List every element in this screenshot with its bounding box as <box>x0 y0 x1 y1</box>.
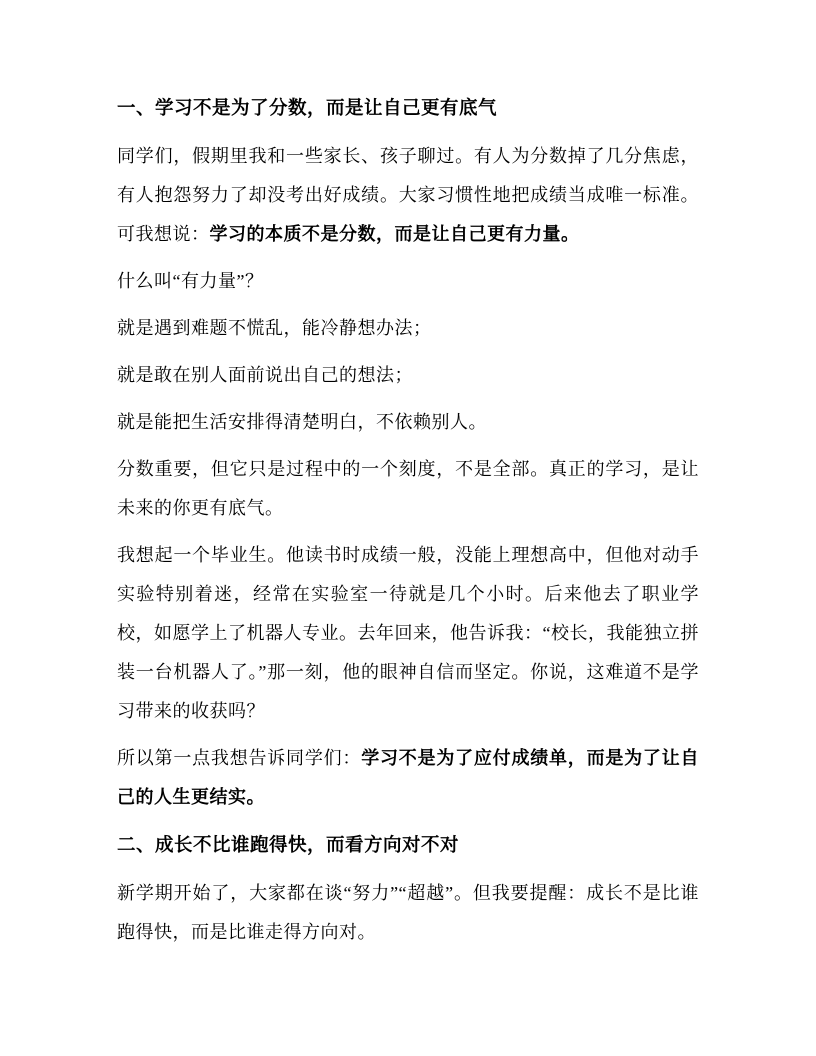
text-run: 所以第一点我想告诉同学们： <box>117 748 361 768</box>
paragraph: 新学期开始了，大家都在谈“努力”“超越”。但我要提醒：成长不是比谁跑得快，而是比… <box>117 874 699 952</box>
document-content: 一、学习不是为了分数，而是让自己更有底气同学们，假期里我和一些家长、孩子聊过。有… <box>117 88 699 960</box>
text-run: 就是遇到难题不慌乱，能冷静想办法； <box>117 318 432 338</box>
paragraph: 就是遇到难题不慌乱，能冷静想办法； <box>117 309 699 348</box>
paragraph: 同学们，假期里我和一些家长、孩子聊过。有人为分数掉了几分焦虑，有人抱怨努力了却没… <box>117 137 699 254</box>
section-heading: 二、成长不比谁跑得快，而看方向对不对 <box>117 825 699 864</box>
text-run: 新学期开始了，大家都在谈“努力”“超越”。但我要提醒：成长不是比谁跑得快，而是比… <box>117 883 699 942</box>
bold-text-run: 一、学习不是为了分数，而是让自己更有底气 <box>117 97 497 118</box>
bold-text-run: 学习的本质不是分数，而是让自己更有力量。 <box>210 224 580 244</box>
paragraph: 什么叫“有力量”？ <box>117 262 699 301</box>
text-run: 就是敢在别人面前说出自己的想法； <box>117 365 413 385</box>
paragraph: 就是敢在别人面前说出自己的想法； <box>117 356 699 395</box>
text-run: 就是能把生活安排得清楚明白，不依赖别人。 <box>117 412 487 432</box>
paragraph: 所以第一点我想告诉同学们：学习不是为了应付成绩单，而是为了让自己的人生更结实。 <box>117 739 699 817</box>
text-run: 我想起一个毕业生。他读书时成绩一般，没能上理想高中，但他对动手实验特别着迷，经常… <box>117 545 699 721</box>
document-page: 一、学习不是为了分数，而是让自己更有底气同学们，假期里我和一些家长、孩子聊过。有… <box>0 0 816 1056</box>
text-run: 什么叫“有力量”？ <box>117 271 263 291</box>
paragraph: 分数重要，但它只是过程中的一个刻度，不是全部。真正的学习，是让未来的你更有底气。 <box>117 450 699 528</box>
bold-text-run: 二、成长不比谁跑得快，而看方向对不对 <box>117 834 459 855</box>
paragraph: 我想起一个毕业生。他读书时成绩一般，没能上理想高中，但他对动手实验特别着迷，经常… <box>117 536 699 731</box>
paragraph: 就是能把生活安排得清楚明白，不依赖别人。 <box>117 403 699 442</box>
text-run: 分数重要，但它只是过程中的一个刻度，不是全部。真正的学习，是让未来的你更有底气。 <box>117 459 699 518</box>
section-heading: 一、学习不是为了分数，而是让自己更有底气 <box>117 88 699 127</box>
